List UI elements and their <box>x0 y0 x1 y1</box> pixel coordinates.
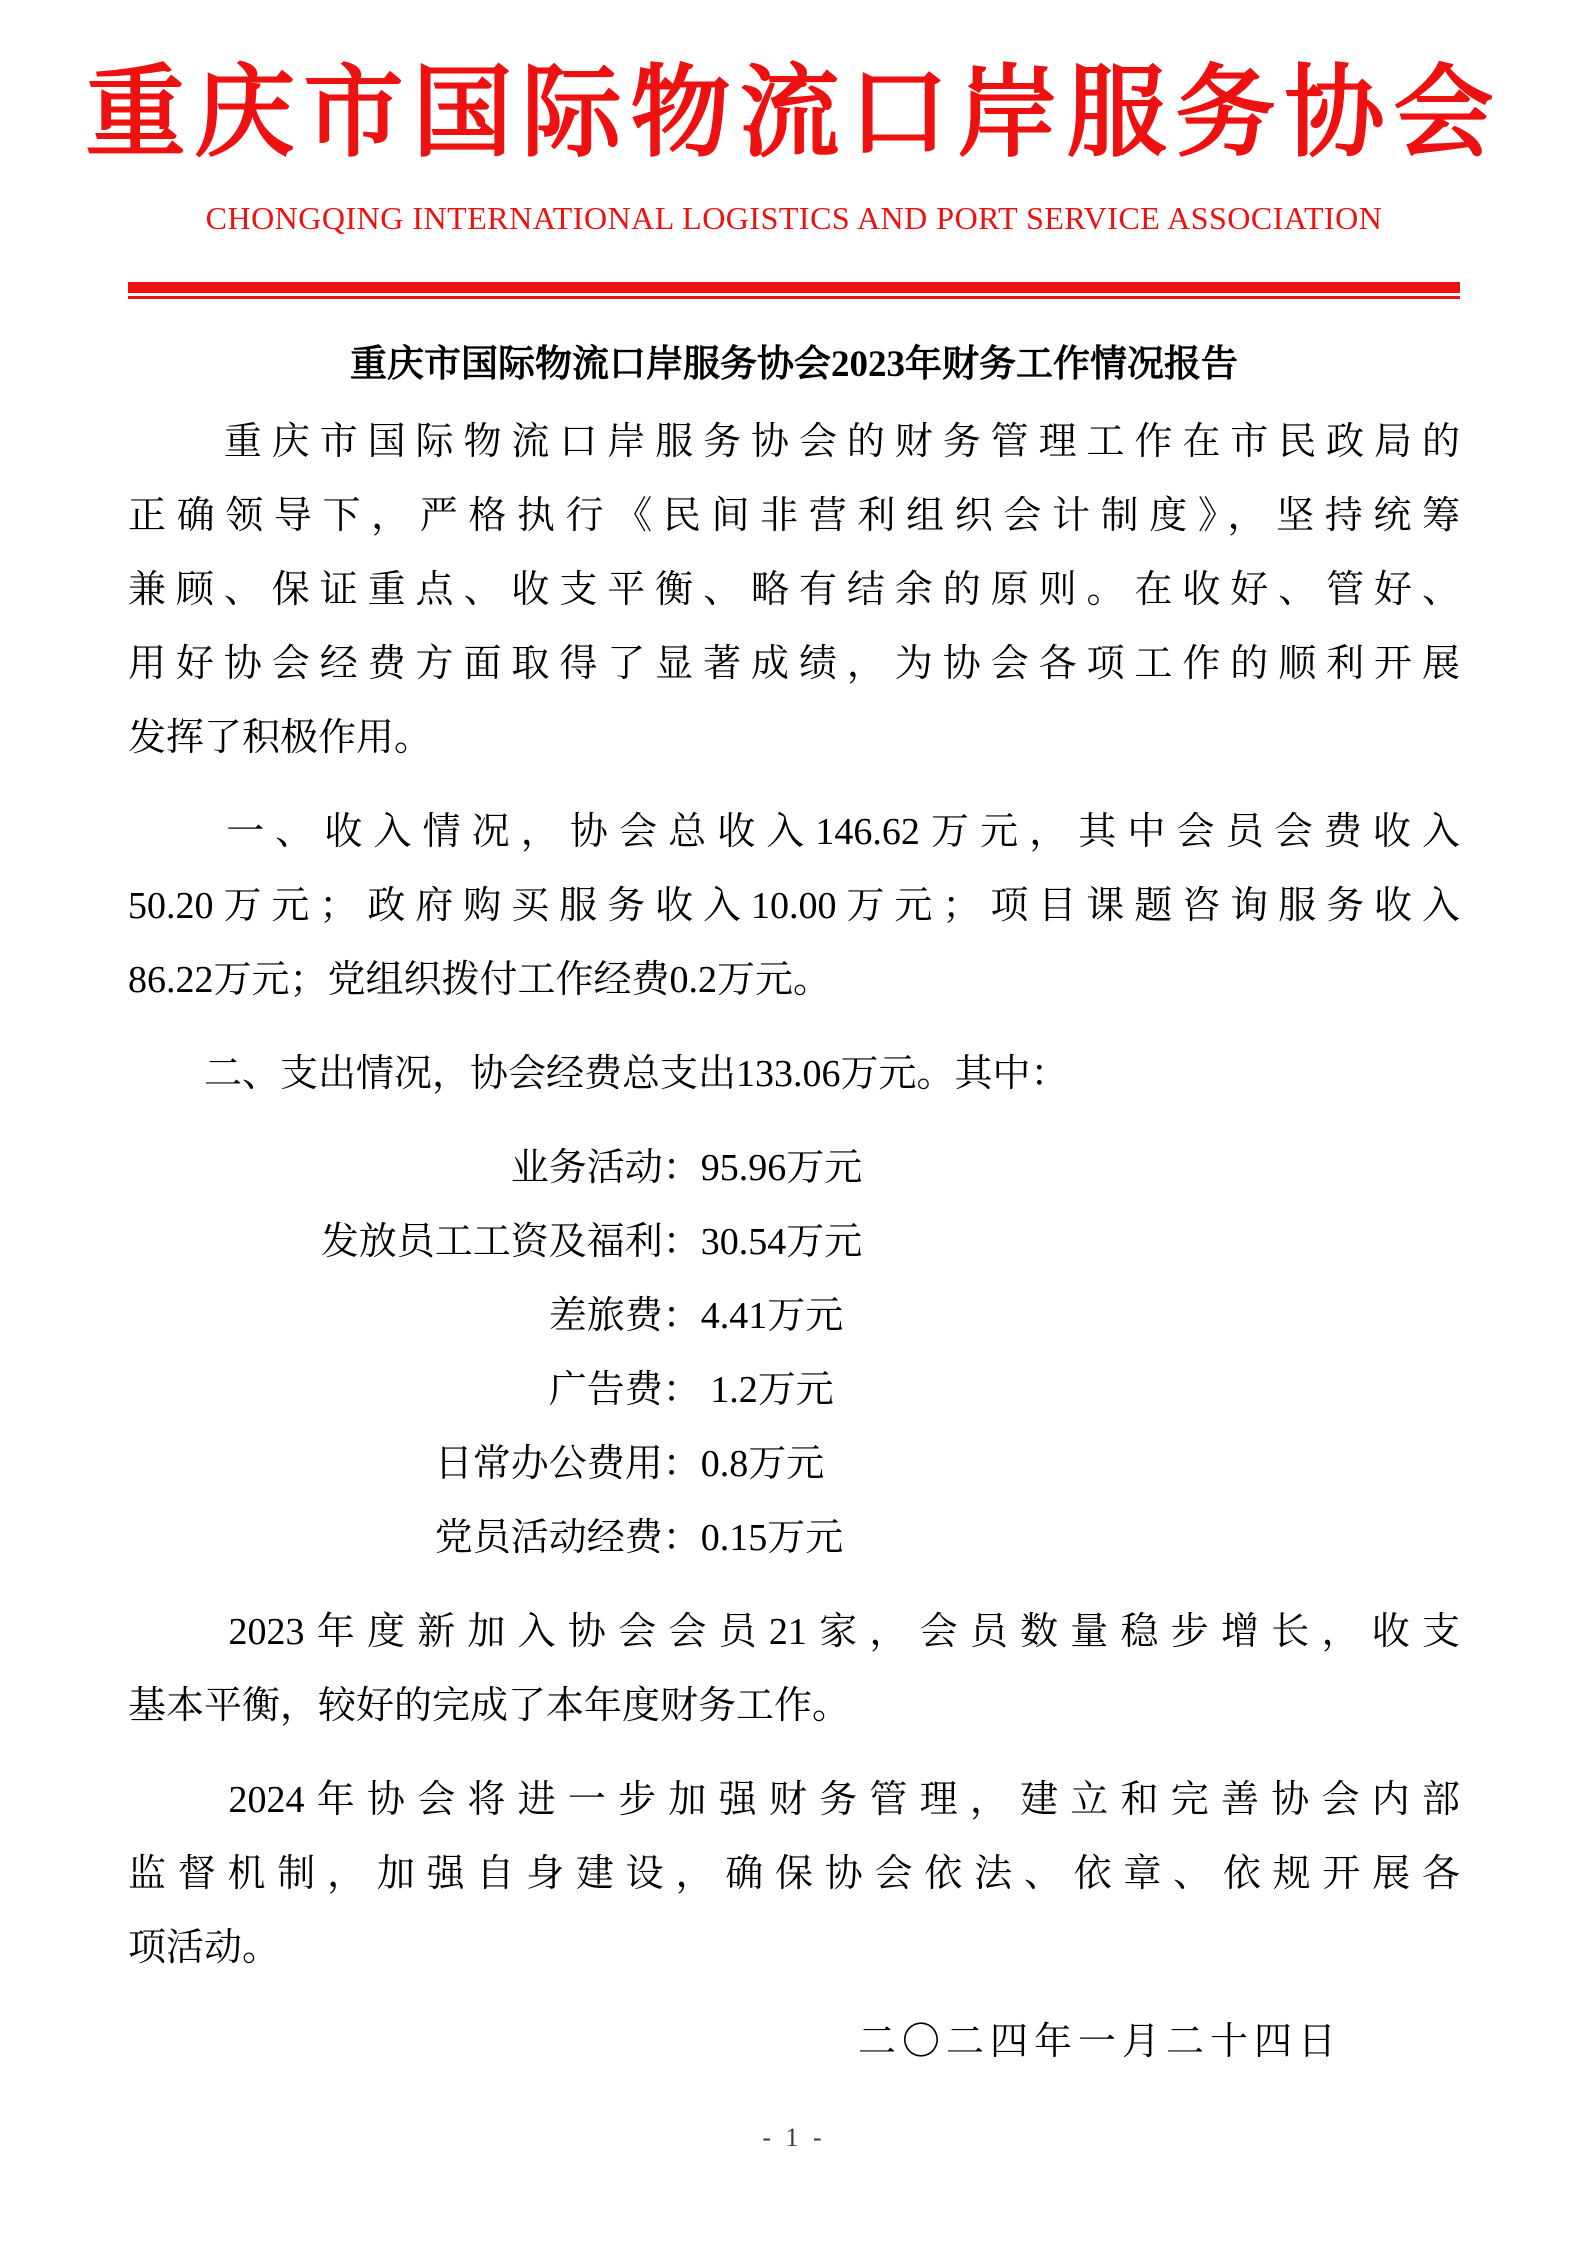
intro-paragraphs: 重庆市国际物流口岸服务协会的财务管理工作在市民政局的正确领导下，严格执行《民间非… <box>128 405 1460 1111</box>
expense-value: 0.8万元 <box>701 1427 825 1501</box>
outro-paragraphs: 2023年度新加入协会会员21家，会员数量稳步增长，收支基本平衡，较好的完成了本… <box>128 1595 1460 1985</box>
org-name-chinese: 重庆市国际物流口岸服务协会 <box>0 0 1588 170</box>
paragraph: 一、收入情况，协会总收入146.62万元，其中会员会费收入50.20万元；政府购… <box>128 795 1460 1017</box>
paragraph-line: 监督机制，加强自身建设，确保协会依法、依章、依规开展各 <box>128 1837 1460 1911</box>
expense-row: 差旅费：4.41万元 <box>128 1279 1460 1353</box>
expense-row: 广告费： 1.2万元 <box>128 1353 1460 1427</box>
divider-thin-line <box>128 296 1460 299</box>
paragraph-line: 兼顾、保证重点、收支平衡、略有结余的原则。在收好、管好、 <box>128 553 1460 627</box>
document-body: 重庆市国际物流口岸服务协会的财务管理工作在市民政局的正确领导下，严格执行《民间非… <box>128 405 1460 2079</box>
expense-row: 党员活动经费：0.15万元 <box>128 1501 1460 1575</box>
expense-label: 发放员工工资及福利： <box>128 1205 701 1279</box>
document-title: 重庆市国际物流口岸服务协会2023年财务工作情况报告 <box>128 339 1460 391</box>
page-number: - 1 - <box>0 2123 1588 2153</box>
paragraph: 2023年度新加入协会会员21家，会员数量稳步增长，收支基本平衡，较好的完成了本… <box>128 1595 1460 1743</box>
paragraph-line: 50.20万元；政府购买服务收入10.00万元；项目课题咨询服务收入 <box>128 869 1460 943</box>
expense-label: 日常办公费用： <box>128 1427 701 1501</box>
letterhead-divider <box>128 282 1460 299</box>
paragraph: 二、支出情况，协会经费总支出133.06万元。其中： <box>128 1037 1460 1111</box>
expense-row: 日常办公费用：0.8万元 <box>128 1427 1460 1501</box>
expense-value: 1.2万元 <box>701 1353 834 1427</box>
divider-thick-line <box>128 282 1460 293</box>
expense-label: 业务活动： <box>128 1131 701 1205</box>
org-name-english: CHONGQING INTERNATIONAL LOGISTICS AND PO… <box>0 198 1588 238</box>
paragraph-line: 2024年协会将进一步加强财务管理，建立和完善协会内部 <box>128 1763 1460 1837</box>
paragraph-line: 重庆市国际物流口岸服务协会的财务管理工作在市民政局的 <box>128 405 1460 479</box>
paragraph: 重庆市国际物流口岸服务协会的财务管理工作在市民政局的正确领导下，严格执行《民间非… <box>128 405 1460 775</box>
expense-value: 95.96万元 <box>701 1131 863 1205</box>
expense-list: 业务活动：95.96万元发放员工工资及福利：30.54万元差旅费：4.41万元广… <box>128 1131 1460 1575</box>
report-page: 重庆市国际物流口岸服务协会 CHONGQING INTERNATIONAL LO… <box>0 0 1588 2245</box>
document-date: 二〇二四年一月二十四日 <box>128 2005 1460 2079</box>
paragraph-line: 发挥了积极作用。 <box>128 701 1460 775</box>
paragraph-line: 2023年度新加入协会会员21家，会员数量稳步增长，收支 <box>128 1595 1460 1669</box>
expense-label: 广告费： <box>128 1353 701 1427</box>
expense-label: 党员活动经费： <box>128 1501 701 1575</box>
expense-value: 30.54万元 <box>701 1205 863 1279</box>
expense-value: 0.15万元 <box>701 1501 844 1575</box>
expense-label: 差旅费： <box>128 1279 701 1353</box>
expense-row: 业务活动：95.96万元 <box>128 1131 1460 1205</box>
paragraph-line: 基本平衡，较好的完成了本年度财务工作。 <box>128 1669 1460 1743</box>
paragraph: 2024年协会将进一步加强财务管理，建立和完善协会内部监督机制，加强自身建设，确… <box>128 1763 1460 1985</box>
expense-value: 4.41万元 <box>701 1279 844 1353</box>
paragraph-line: 86.22万元；党组织拨付工作经费0.2万元。 <box>128 943 1460 1017</box>
paragraph-line: 用好协会经费方面取得了显著成绩，为协会各项工作的顺利开展 <box>128 627 1460 701</box>
paragraph-line: 一、收入情况，协会总收入146.62万元，其中会员会费收入 <box>128 795 1460 869</box>
paragraph-line: 项活动。 <box>128 1911 1460 1985</box>
expense-row: 发放员工工资及福利：30.54万元 <box>128 1205 1460 1279</box>
paragraph-line: 正确领导下，严格执行《民间非营利组织会计制度》，坚持统筹 <box>128 479 1460 553</box>
paragraph-line: 二、支出情况，协会经费总支出133.06万元。其中： <box>128 1037 1460 1111</box>
